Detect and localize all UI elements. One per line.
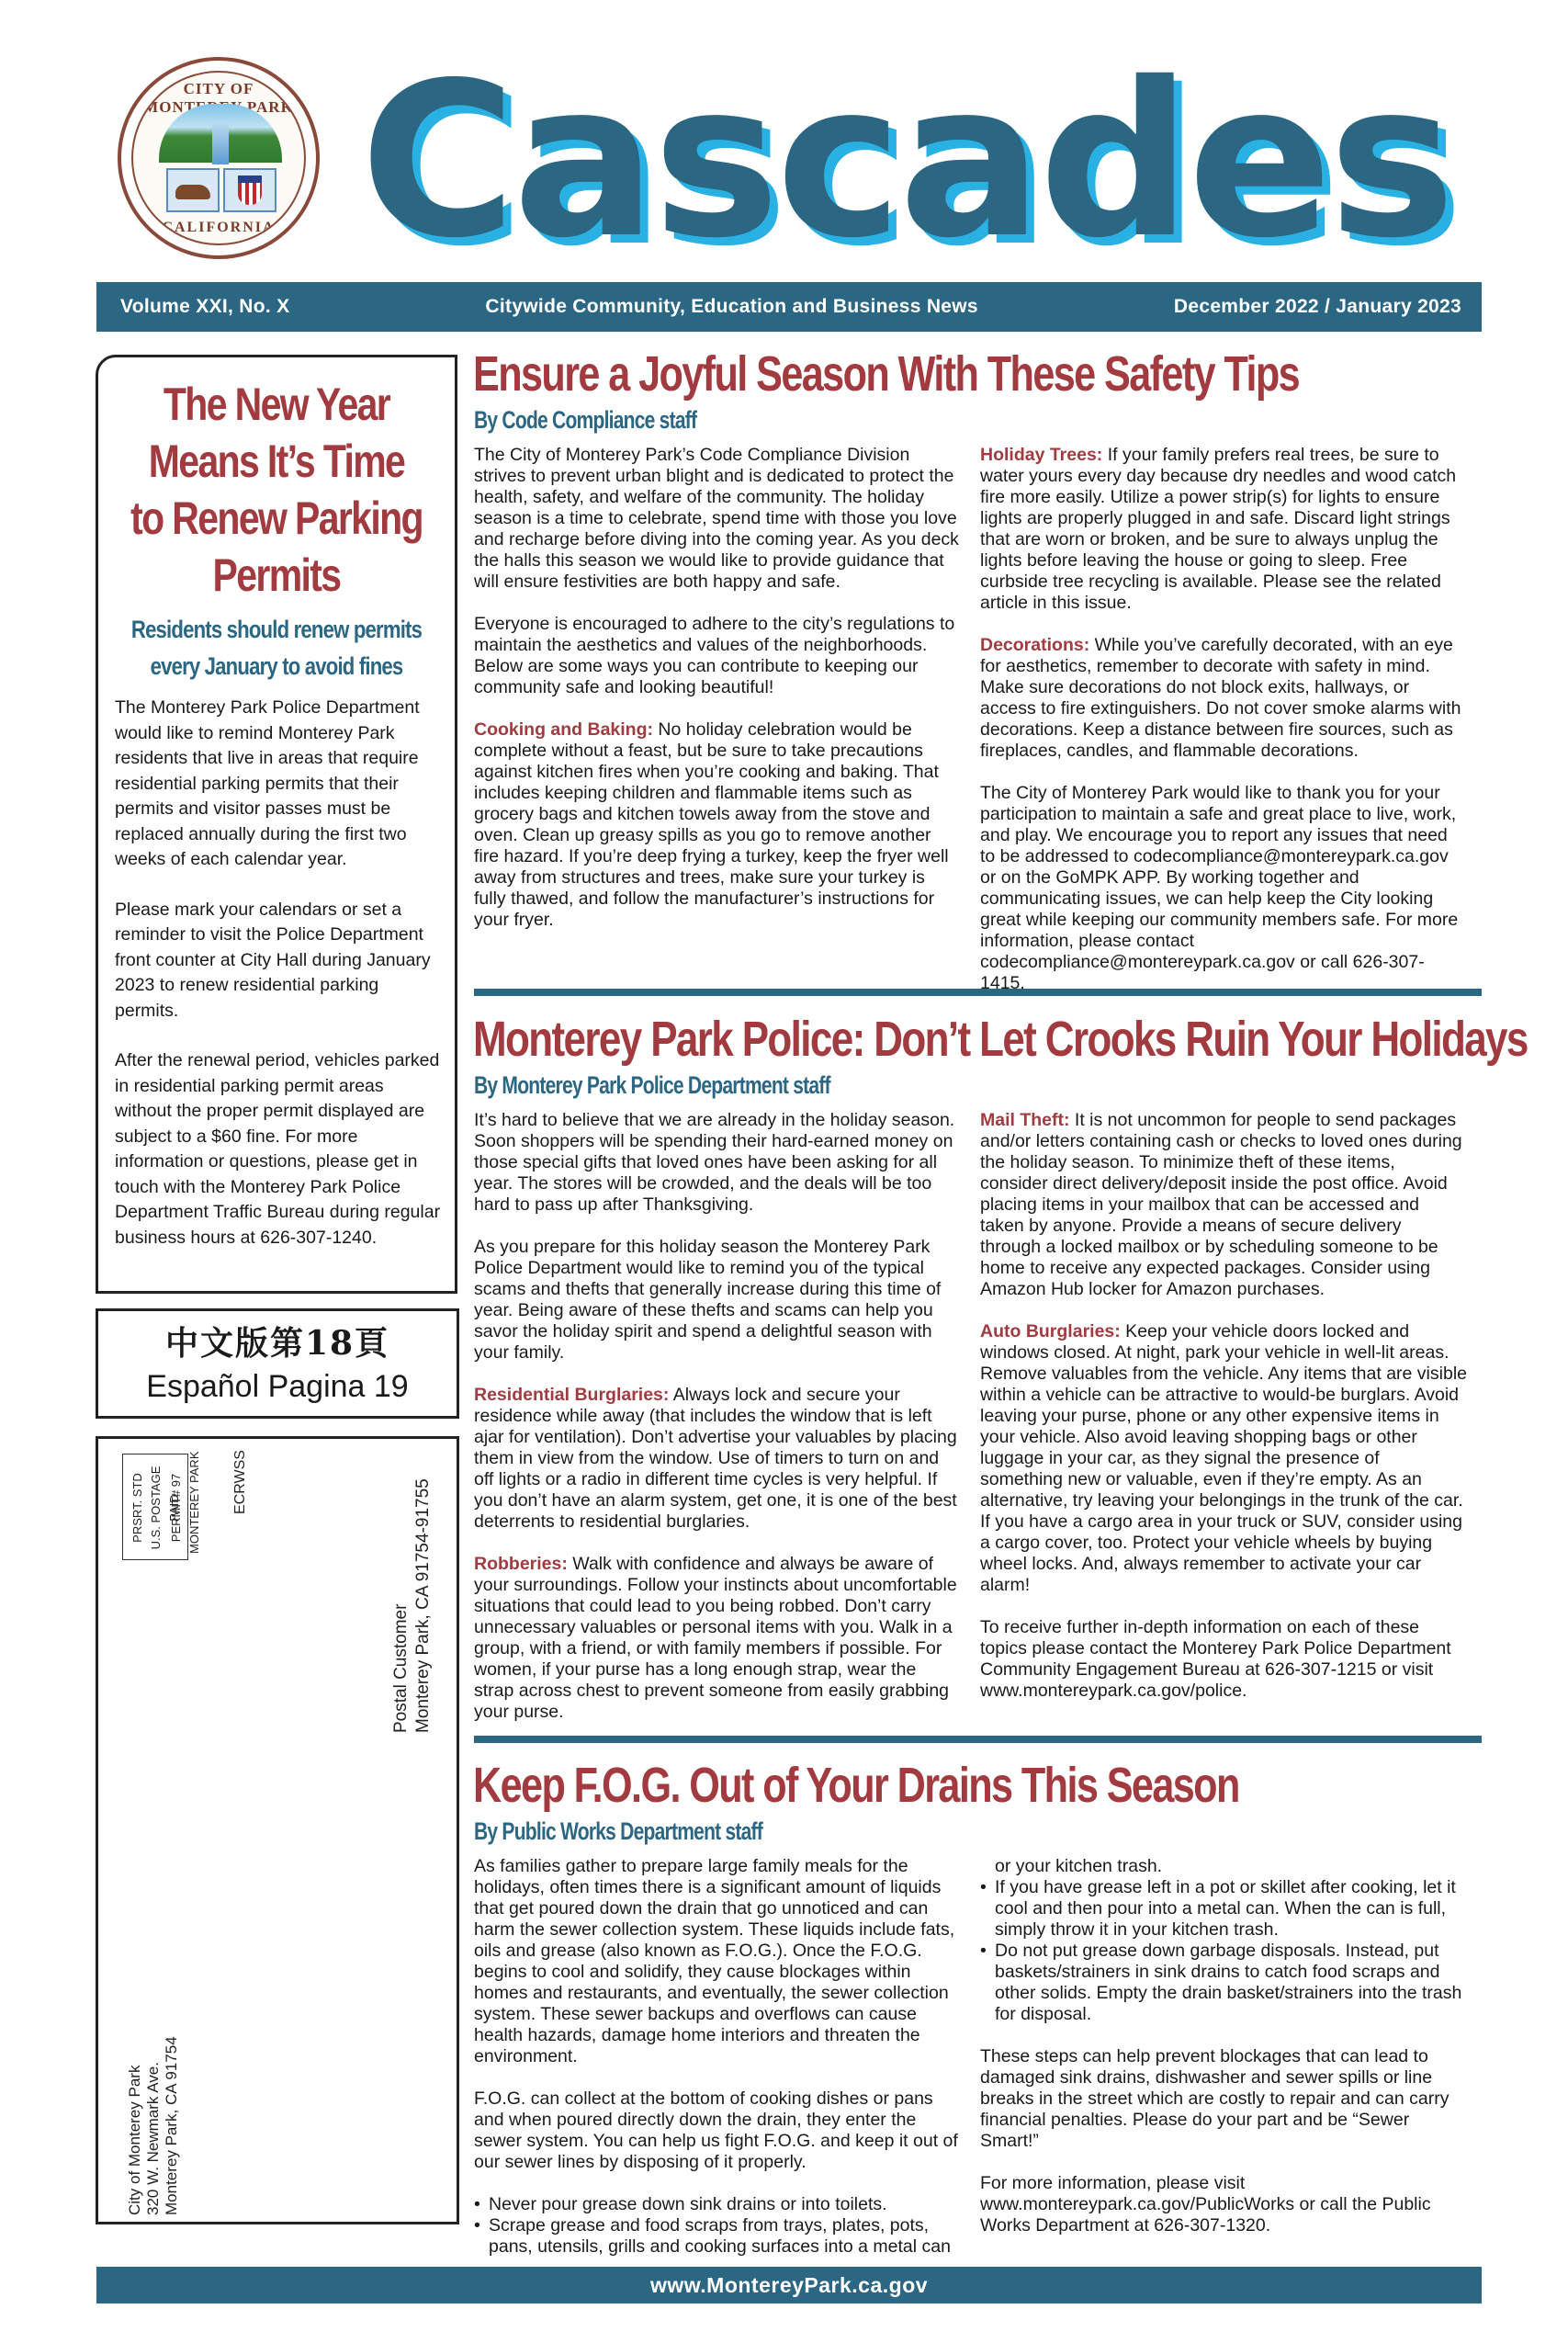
paragraph-text: The City of Monterey Park would like to … bbox=[980, 783, 1458, 993]
shield-flag-icon bbox=[238, 175, 262, 205]
permit-line: U.S. POSTAGE bbox=[147, 1462, 165, 1554]
seal-bottom-text: CALIFORNIA bbox=[133, 220, 304, 236]
issue-date: December 2022 / January 2023 bbox=[1174, 296, 1461, 318]
language-edition-box: 中文版第18頁 Español Pagina 19 bbox=[96, 1308, 459, 1419]
paragraph-text: Keep your vehicle doors locked and windo… bbox=[980, 1321, 1467, 1595]
sidebar-paragraph: After the renewal period, vehicles parke… bbox=[115, 1048, 442, 1251]
paragraph-lead: Decorations: bbox=[980, 635, 1089, 655]
recipient-line: Postal Customer bbox=[390, 1478, 412, 1733]
article-2-left-column: It’s hard to believe that we are already… bbox=[474, 1110, 961, 1744]
article-paragraph: The City of Monterey Park would like to … bbox=[980, 783, 1467, 994]
list-item: If you have grease left in a pot or skil… bbox=[980, 1877, 1467, 1941]
paragraph-lead: Auto Burglaries: bbox=[980, 1321, 1121, 1341]
ecrwss-label: ECRWSS bbox=[232, 1450, 249, 1514]
sidebar-paragraph: The Monterey Park Police Department woul… bbox=[115, 696, 442, 873]
article-paragraph: Decorations: While you’ve carefully deco… bbox=[980, 635, 1467, 762]
article-paragraph: Mail Theft: It is not uncommon for peopl… bbox=[980, 1110, 1467, 1300]
issue-banner: Volume XXI, No. X Citywide Community, Ed… bbox=[96, 282, 1482, 332]
list-item-continuation: or your kitchen trash. bbox=[980, 1856, 1467, 1877]
article-paragraph: These steps can help prevent blockages t… bbox=[980, 2046, 1467, 2152]
paragraph-text: These steps can help prevent blockages t… bbox=[980, 2046, 1450, 2151]
volume-label: Volume XXI, No. X bbox=[120, 296, 289, 318]
headline-line: Means It’s Time bbox=[130, 433, 423, 490]
bear-icon bbox=[175, 185, 210, 199]
website-footer: www.MontereyPark.ca.gov bbox=[96, 2267, 1482, 2303]
section-divider bbox=[474, 1736, 1482, 1743]
paragraph-text: It is not uncommon for people to send pa… bbox=[980, 1110, 1462, 1299]
seal-emblem: CITY OF MONTEREY PARK CALIFORNIA bbox=[131, 71, 306, 245]
recipient-line: Monterey Park, CA 91754-91755 bbox=[412, 1478, 434, 1733]
article-3-left-column: As families gather to prepare large fami… bbox=[474, 1856, 961, 2258]
return-line: City of Monterey Park bbox=[126, 2036, 144, 2215]
paragraph-text: Everyone is encouraged to adhere to the … bbox=[474, 614, 954, 697]
sidebar-subhead: Residents should renew permits every Jan… bbox=[130, 611, 423, 685]
chinese-edition-label: 中文版第18頁 bbox=[98, 1320, 457, 1366]
article-2-byline: By Monterey Park Police Department staff bbox=[474, 1070, 830, 1101]
website-link[interactable]: www.MontereyPark.ca.gov bbox=[650, 2273, 928, 2297]
spanish-edition-label: Español Pagina 19 bbox=[98, 1366, 457, 1407]
postage-permit-text-2: PERMIT# 97 MONTEREY PARK bbox=[167, 1462, 204, 1554]
article-1-byline: By Code Compliance staff bbox=[474, 404, 696, 436]
permit-line: MONTEREY PARK bbox=[186, 1462, 204, 1554]
list-item: Scrape grease and food scraps from trays… bbox=[474, 2215, 961, 2258]
article-paragraph: It’s hard to believe that we are already… bbox=[474, 1110, 961, 1216]
tagline: Citywide Community, Education and Busine… bbox=[485, 296, 977, 318]
subhead-line: Residents should renew permits bbox=[130, 611, 423, 648]
article-paragraph: Residential Burglaries: Always lock and … bbox=[474, 1385, 961, 1533]
paragraph-text: As you prepare for this holiday season t… bbox=[474, 1237, 941, 1363]
seal-waterfall-icon bbox=[212, 124, 229, 164]
article-paragraph: Holiday Trees: If your family prefers re… bbox=[980, 445, 1467, 614]
paragraph-lead: Holiday Trees: bbox=[980, 445, 1102, 465]
article-paragraph: To receive further in-depth information … bbox=[980, 1617, 1467, 1702]
article-1-left-column: The City of Monterey Park’s Code Complia… bbox=[474, 445, 961, 952]
article-paragraph: As families gather to prepare large fami… bbox=[474, 1856, 961, 2067]
article-paragraph: F.O.G. can collect at the bottom of cook… bbox=[474, 2088, 961, 2173]
return-address: City of Monterey Park 320 W. Newmark Ave… bbox=[126, 2036, 181, 2215]
article-paragraph: Everyone is encouraged to adhere to the … bbox=[474, 614, 961, 698]
paragraph-text: No holiday celebration would be complete… bbox=[474, 719, 949, 930]
sidebar-paragraph: Please mark your calendars or set a remi… bbox=[115, 898, 442, 1024]
headline-line: The New Year bbox=[130, 376, 423, 433]
article-paragraph: For more information, please visit www.m… bbox=[980, 2173, 1467, 2236]
permit-line: PERMIT# 97 bbox=[167, 1462, 186, 1554]
article-3-byline: By Public Works Department staff bbox=[474, 1816, 762, 1847]
article-paragraph: The City of Monterey Park’s Code Complia… bbox=[474, 445, 961, 593]
paragraph-text: The City of Monterey Park’s Code Complia… bbox=[474, 445, 959, 592]
fog-tips-list-continued: or your kitchen trash. If you have greas… bbox=[980, 1856, 1467, 2025]
return-line: 320 W. Newmark Ave. bbox=[144, 2036, 163, 2215]
article-3-right-column: or your kitchen trash. If you have greas… bbox=[980, 1856, 1467, 2258]
article-paragraph: Cooking and Baking: No holiday celebrati… bbox=[474, 719, 961, 931]
recipient-address: Postal Customer Monterey Park, CA 91754-… bbox=[390, 1478, 434, 1733]
paragraph-text: As families gather to prepare large fami… bbox=[474, 1856, 954, 2066]
article-paragraph: Auto Burglaries: Keep your vehicle doors… bbox=[980, 1321, 1467, 1596]
paragraph-lead: Robberies: bbox=[474, 1554, 568, 1574]
paragraph-lead: Mail Theft: bbox=[980, 1110, 1070, 1130]
section-divider bbox=[474, 989, 1482, 996]
sidebar-body: The Monterey Park Police Department woul… bbox=[115, 696, 442, 1275]
return-line: Monterey Park, CA 91754 bbox=[163, 2036, 181, 2215]
paragraph-text: or your kitchen trash. bbox=[995, 1856, 1162, 1876]
article-paragraph: Robberies: Walk with confidence and alwa… bbox=[474, 1554, 961, 1723]
paragraph-lead: Cooking and Baking: bbox=[474, 719, 653, 740]
paragraph-text: It’s hard to believe that we are already… bbox=[474, 1110, 954, 1215]
fog-tips-list: Never pour grease down sink drains or in… bbox=[474, 2194, 961, 2258]
paragraph-text: If your family prefers real trees, be su… bbox=[980, 445, 1456, 613]
list-item: Never pour grease down sink drains or in… bbox=[474, 2194, 961, 2215]
paragraph-text: Always lock and secure your residence wh… bbox=[474, 1385, 957, 1532]
article-3-title: Keep F.O.G. Out of Your Drains This Seas… bbox=[473, 1757, 1239, 1814]
paragraph-text: Walk with confidence and always be aware… bbox=[474, 1554, 957, 1722]
parking-permits-sidebar: The New Year Means It’s Time to Renew Pa… bbox=[96, 355, 457, 1294]
headline-line: to Renew Parking bbox=[130, 490, 423, 547]
paragraph-lead: Residential Burglaries: bbox=[474, 1385, 669, 1405]
paragraph-text: For more information, please visit www.m… bbox=[980, 2173, 1431, 2235]
article-2-right-column: Mail Theft: It is not uncommon for peopl… bbox=[980, 1110, 1467, 1723]
city-seal-logo: CITY OF MONTEREY PARK CALIFORNIA bbox=[118, 57, 320, 259]
postage-permit-box: PRSRT. STD U.S. POSTAGE PAID PERMIT# 97 … bbox=[122, 1454, 188, 1560]
subhead-line: every January to avoid fines bbox=[130, 648, 423, 685]
list-item: Do not put grease down garbage disposals… bbox=[980, 1941, 1467, 2025]
paragraph-text: To receive further in-depth information … bbox=[980, 1617, 1451, 1701]
mailing-panel: PRSRT. STD U.S. POSTAGE PAID PERMIT# 97 … bbox=[96, 1436, 459, 2224]
newsletter-title: Cascades bbox=[360, 37, 1490, 285]
article-2-title: Monterey Park Police: Don’t Let Crooks R… bbox=[473, 1011, 1528, 1068]
sidebar-headline: The New Year Means It’s Time to Renew Pa… bbox=[130, 376, 423, 604]
paragraph-text: F.O.G. can collect at the bottom of cook… bbox=[474, 2088, 958, 2172]
article-1-right-column: Holiday Trees: If your family prefers re… bbox=[980, 445, 1467, 1015]
permit-line: PRSRT. STD bbox=[129, 1462, 147, 1554]
headline-line: Permits bbox=[130, 547, 423, 604]
article-1-title: Ensure a Joyful Season With These Safety… bbox=[473, 345, 1299, 402]
article-paragraph: As you prepare for this holiday season t… bbox=[474, 1237, 961, 1364]
